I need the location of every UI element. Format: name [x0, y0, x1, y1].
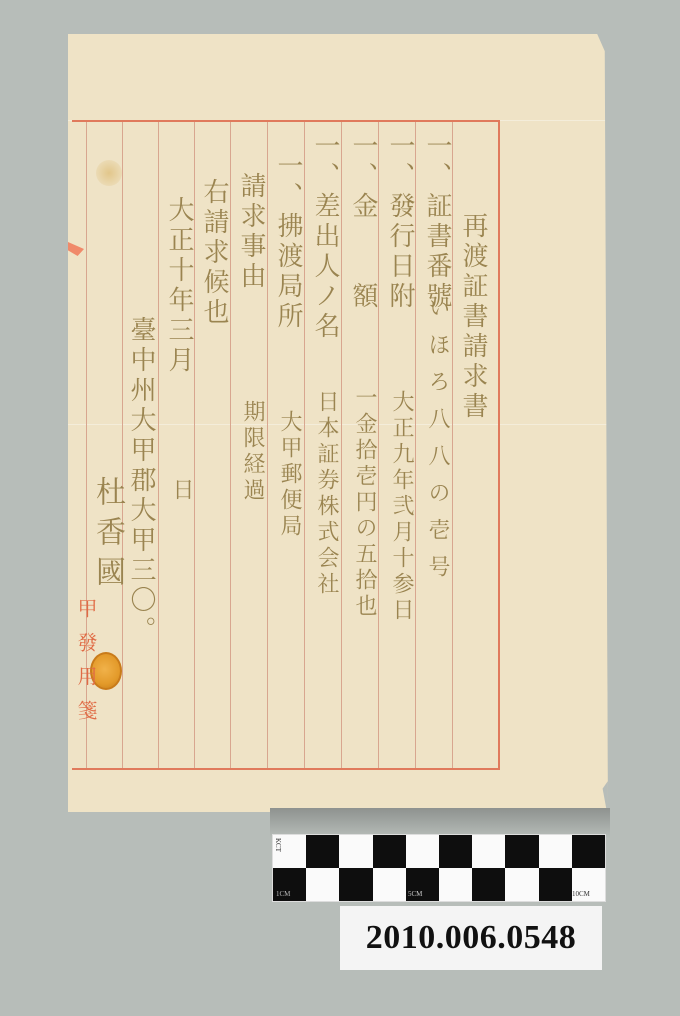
rule-line [452, 122, 453, 768]
scale-ruler [272, 834, 606, 902]
catalog-number: 2010.006.0548 [340, 906, 602, 970]
document-title: 再渡証書請求書 [460, 212, 486, 422]
field-paying-office-value: 大甲郵便局 [278, 410, 300, 540]
rule-line [267, 122, 268, 768]
sender-address: 臺中州大甲郡大甲三〇。 [128, 316, 154, 646]
field-certificate-number-value: い ほ ろ 八 八 の 壱 号 [426, 296, 448, 581]
field-issue-date-value: 大正九年弐月十参日 [390, 390, 412, 624]
rule-line [122, 122, 123, 768]
rule-line [230, 122, 231, 768]
field-certificate-number-label: 一、証書番號 [424, 132, 450, 312]
field-reason-label: 請求事由 [238, 172, 264, 292]
field-amount-value: 一金拾壱円の五拾也 [353, 386, 375, 620]
ruler-corner-label: KCT [274, 838, 282, 852]
field-paying-office-label: 一、拂渡局所 [275, 152, 301, 332]
rule-line [378, 122, 379, 768]
margin-stationery-print: 甲發用箋 [72, 598, 101, 734]
rule-line [341, 122, 342, 768]
document-date: 大正十年三月 [166, 196, 192, 376]
field-issue-date-label: 一、發行日附 [387, 132, 413, 312]
ruler-label-10cm: 10CM [572, 890, 590, 898]
field-reason-value: 期限経過 [241, 400, 263, 504]
rule-line [304, 122, 305, 768]
signer-name: 杜香國 [92, 476, 122, 596]
ruler-label-1cm: 1CM [276, 890, 290, 898]
rule-line [415, 122, 416, 768]
rule-line [158, 122, 159, 768]
field-sender-value: 日本証券株式会社 [315, 390, 337, 598]
ruler-label-5cm: 5CM [408, 890, 422, 898]
field-amount-label: 一、金 額 [350, 132, 376, 312]
document-date-day: 日 [170, 478, 192, 504]
rule-line [194, 122, 195, 768]
closing-phrase: 右請求候也 [201, 178, 227, 328]
field-sender-label: 一、差出人ノ名 [312, 132, 338, 342]
